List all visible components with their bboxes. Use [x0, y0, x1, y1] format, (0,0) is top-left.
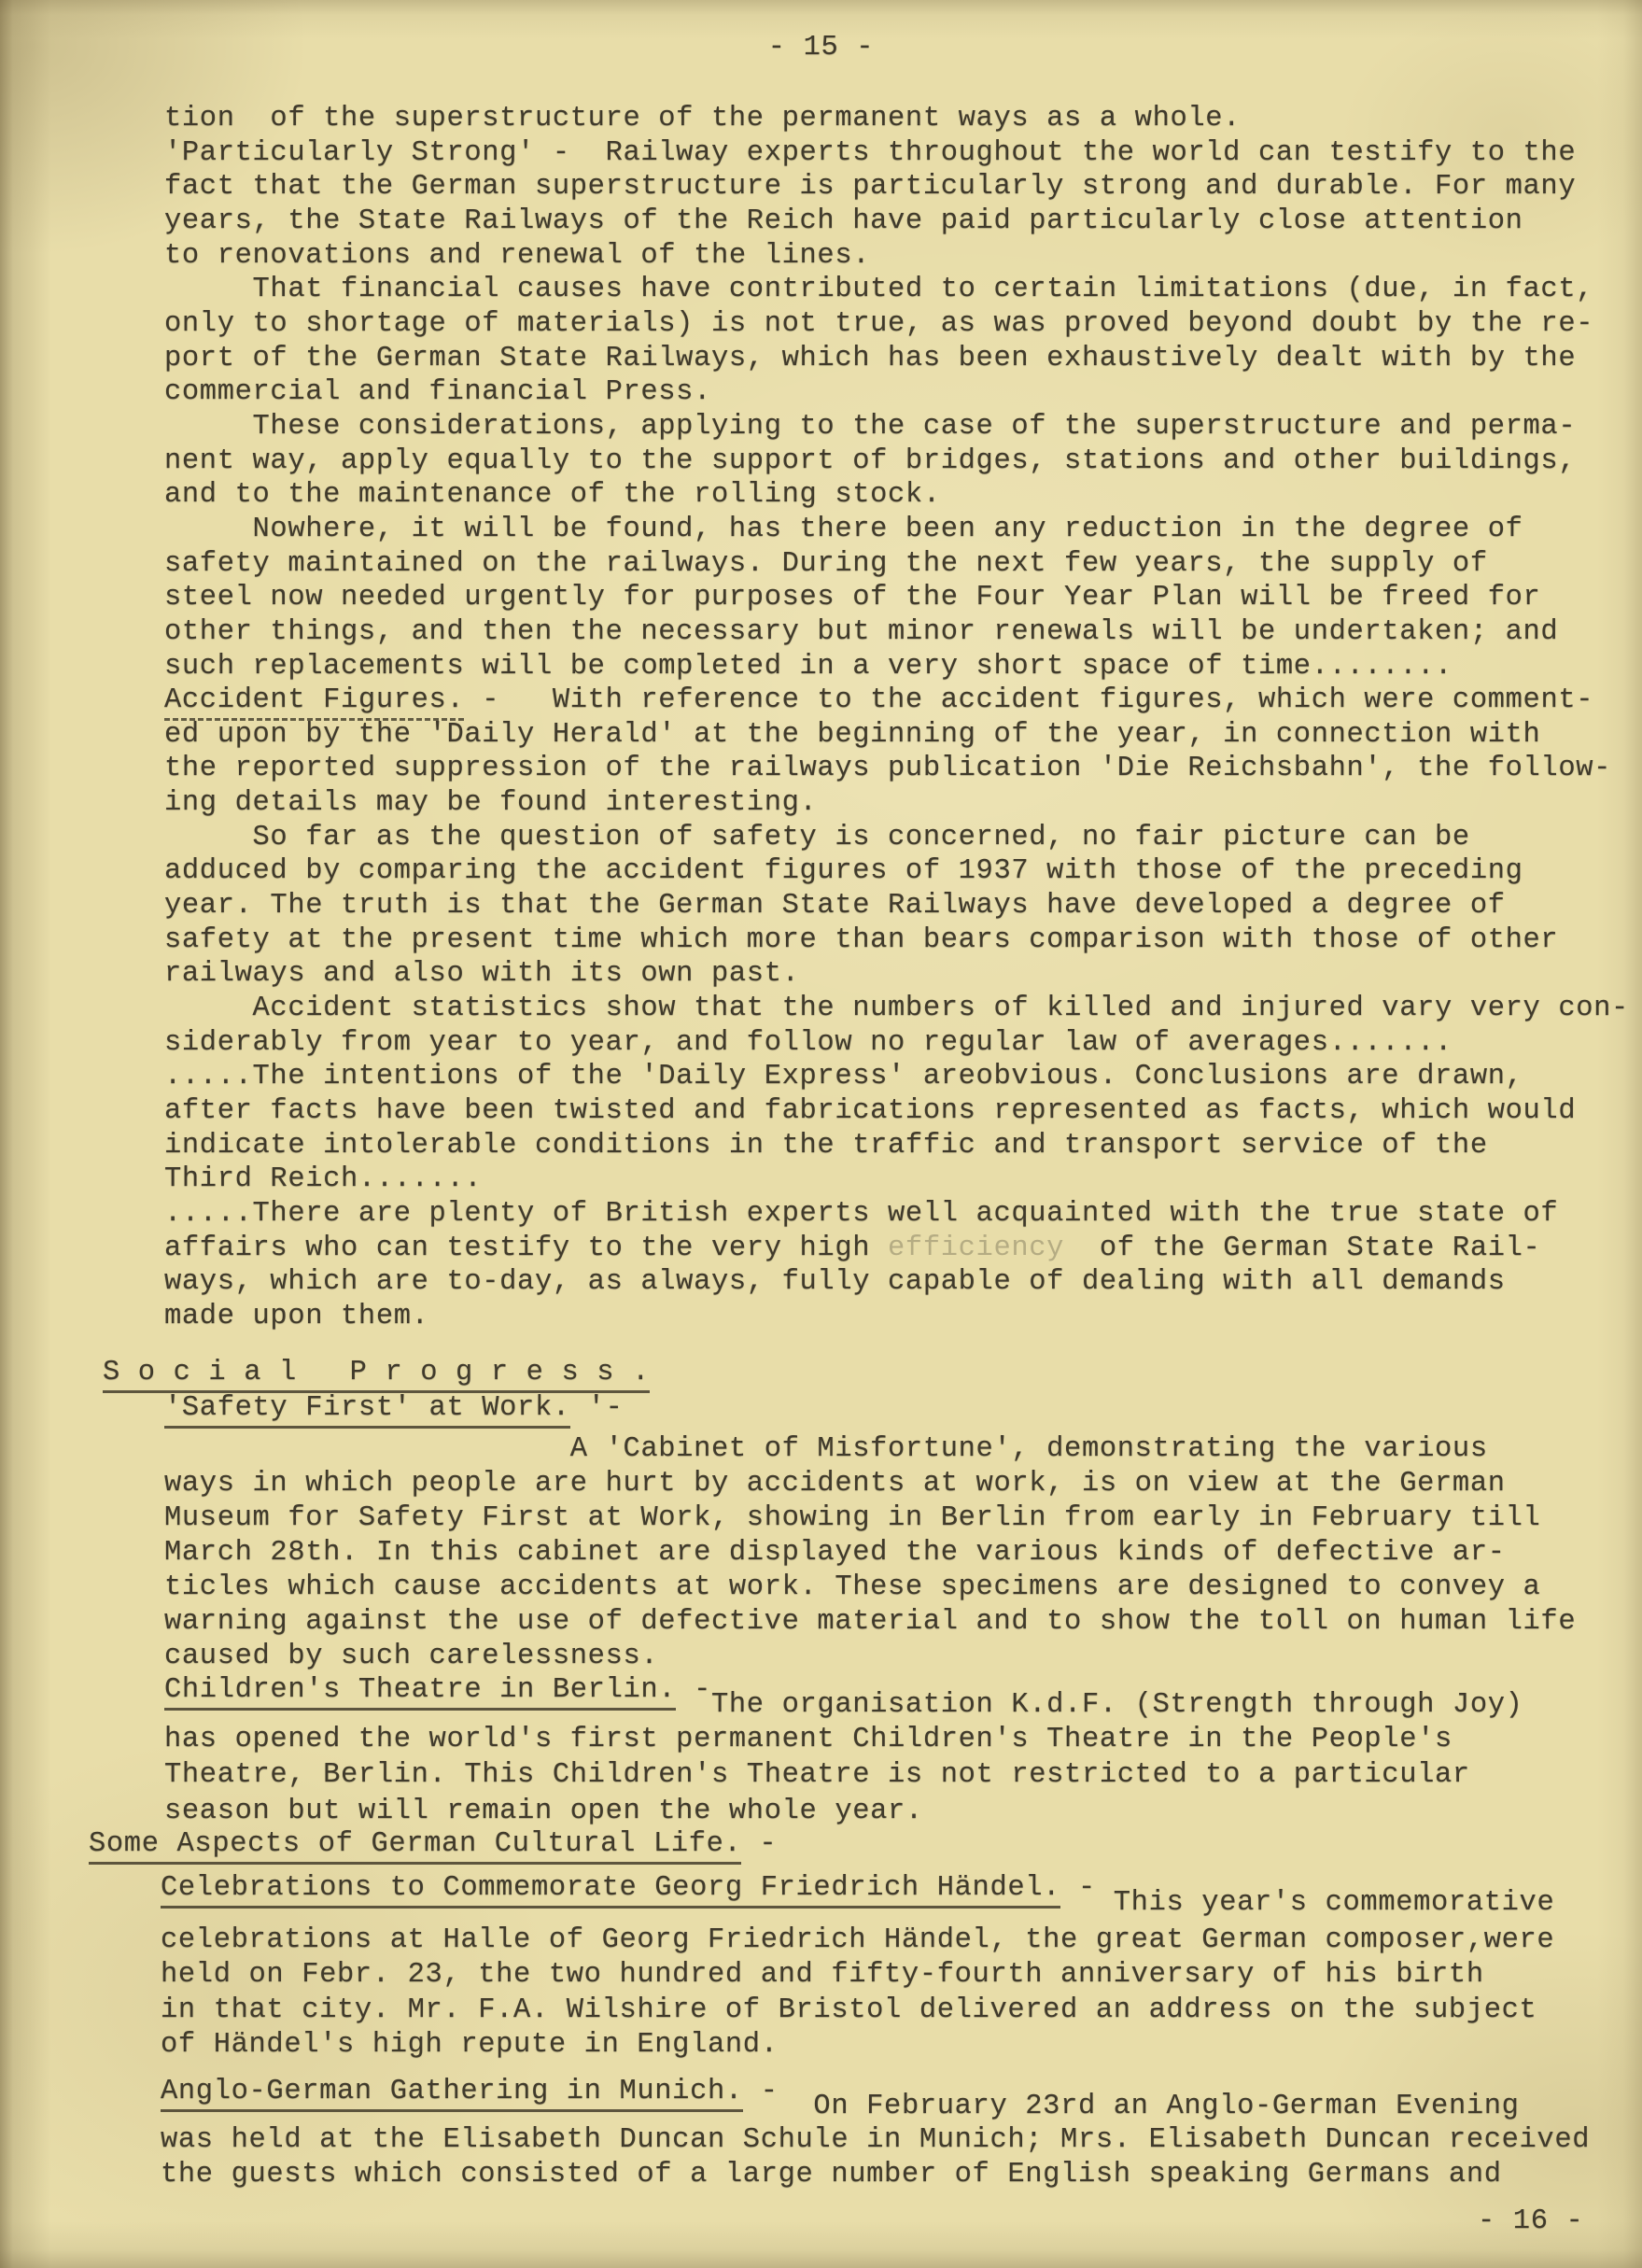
childrens-theatre-heading: Children's Theatre in Berlin. -The organ…: [164, 1671, 1523, 1709]
text-line: celebrations at Halle of Georg Friedrich…: [161, 1923, 1554, 1958]
text-line: caused by such carelessness.: [164, 1640, 1576, 1674]
underlined-heading-text: 'Safety First' at Work.: [164, 1392, 570, 1429]
safety-first-paragraph: A 'Cabinet of Misfortune', demonstrating…: [164, 1432, 1576, 1674]
text-segment: of the German State Rail-: [1064, 1233, 1540, 1264]
text-line: .....There are plenty of British experts…: [164, 1197, 1629, 1232]
text-segment: - With reference to the accident figures…: [464, 684, 1593, 716]
text-line: Museum for Safety First at Work, showing…: [164, 1501, 1576, 1536]
text-line: Children's Theatre in Berlin. -The organ…: [164, 1671, 1523, 1709]
text-line: S o c i a l P r o g r e s s .: [103, 1354, 650, 1391]
text-line: adduced by comparing the accident figure…: [164, 854, 1629, 889]
text-line: ticles which cause accidents at work. Th…: [164, 1571, 1576, 1605]
text-line: These considerations, applying to the ca…: [164, 410, 1629, 444]
text-line: only to shortage of materials) is not tr…: [164, 307, 1629, 342]
text-line: tion of the superstructure of the perman…: [164, 102, 1629, 136]
underlined-heading-text: Children's Theatre in Berlin.: [164, 1674, 676, 1711]
text-line: nent way, apply equally to the support o…: [164, 444, 1629, 479]
page-number-top: - 15 -: [0, 32, 1642, 63]
text-line: Accident Figures. - With reference to th…: [164, 683, 1629, 718]
text-line: such replacements will be completed in a…: [164, 650, 1629, 684]
text-line: ed upon by the 'Daily Herald' at the beg…: [164, 718, 1629, 753]
text-line: indicate intolerable conditions in the t…: [164, 1129, 1629, 1163]
text-line: Accident statistics show that the number…: [164, 992, 1629, 1026]
text-line: March 28th. In this cabinet are displaye…: [164, 1536, 1576, 1571]
text-line: ways, which are to-day, as always, fully…: [164, 1265, 1629, 1300]
text-segment: -: [676, 1674, 711, 1706]
underlined-heading-text: Some Aspects of German Cultural Life.: [89, 1828, 741, 1865]
childrens-theatre-paragraph: has opened the world's first permanent C…: [164, 1722, 1470, 1829]
text-line: of Händel's high repute in England.: [161, 2028, 1554, 2063]
text-segment: -: [743, 2076, 779, 2107]
text-line: Theatre, Berlin. This Children's Theatre…: [164, 1757, 1470, 1793]
text-line: Celebrations to Commemorate Georg Friedr…: [161, 1869, 1554, 1907]
text-line: ways in which people are hurt by acciden…: [164, 1467, 1576, 1501]
text-line: ing details may be found interesting.: [164, 786, 1629, 821]
offset-continuation-text: On February 23rd an Anglo-German Evening: [779, 2091, 1520, 2122]
text-line: A 'Cabinet of Misfortune', demonstrating…: [164, 1432, 1576, 1467]
text-segment: '-: [570, 1392, 624, 1424]
handel-heading: Celebrations to Commemorate Georg Friedr…: [161, 1869, 1554, 1907]
faded-word: efficiency: [888, 1233, 1064, 1264]
text-line: other things, and then the necessary but…: [164, 615, 1629, 650]
text-line: years, the State Railways of the Reich h…: [164, 204, 1629, 239]
social-progress-heading: S o c i a l P r o g r e s s .: [103, 1354, 650, 1391]
text-line: safety maintained on the railways. Durin…: [164, 547, 1629, 582]
text-line: in that city. Mr. F.A. Wilshire of Brist…: [161, 1993, 1554, 2028]
text-line: has opened the world's first permanent C…: [164, 1722, 1470, 1757]
text-line: made upon them.: [164, 1300, 1629, 1334]
scanned-typewritten-page: - 15 - tion of the superstructure of the…: [0, 0, 1642, 2268]
text-line: Anglo-German Gathering in Munich. - On F…: [161, 2073, 1520, 2110]
text-line: Nowhere, it will be found, has there bee…: [164, 513, 1629, 547]
text-line: affairs who can testify to the very high…: [164, 1232, 1629, 1266]
text-segment: -: [1060, 1872, 1096, 1904]
text-line: fact that the German superstructure is p…: [164, 170, 1629, 204]
text-line: steel now needed urgently for purposes o…: [164, 581, 1629, 615]
underlined-heading-text: S o c i a l P r o g r e s s .: [103, 1357, 650, 1393]
text-line: port of the German State Railways, which…: [164, 342, 1629, 376]
dash-underlined-heading-text: Accident Figures.: [164, 684, 464, 721]
text-line: the guests which consisted of a large nu…: [161, 2158, 1590, 2192]
handel-paragraph: celebrations at Halle of Georg Friedrich…: [161, 1923, 1554, 2064]
text-line: That financial causes have contributed t…: [164, 273, 1629, 307]
text-line: railways and also with its own past.: [164, 957, 1629, 992]
text-line: to renovations and renewal of the lines.: [164, 239, 1629, 274]
text-line: So far as the question of safety is conc…: [164, 821, 1629, 855]
text-line: 'Safety First' at Work. '-: [164, 1389, 624, 1427]
text-line: safety at the present time which more th…: [164, 923, 1629, 958]
text-line: the reported suppression of the railways…: [164, 752, 1629, 786]
text-line: warning against the use of defective mat…: [164, 1605, 1576, 1640]
offset-continuation-text: The organisation K.d.F. (Strength throug…: [711, 1689, 1523, 1721]
text-line: year. The truth is that the German State…: [164, 889, 1629, 923]
underlined-heading-text: Anglo-German Gathering in Munich.: [161, 2076, 743, 2112]
railways-section-text: tion of the superstructure of the perman…: [164, 102, 1629, 1334]
text-line: held on Febr. 23, the two hundred and fi…: [161, 1958, 1554, 1993]
text-line: Third Reich.......: [164, 1162, 1629, 1197]
text-line: and to the maintenance of the rolling st…: [164, 478, 1629, 513]
cultural-life-heading: Some Aspects of German Cultural Life. -: [89, 1825, 777, 1863]
text-line: after facts have been twisted and fabric…: [164, 1094, 1629, 1129]
text-line: was held at the Elisabeth Duncan Schule …: [161, 2123, 1590, 2158]
page-number-bottom: - 16 -: [1478, 2205, 1583, 2237]
anglo-german-heading: Anglo-German Gathering in Munich. - On F…: [161, 2073, 1520, 2110]
text-segment: -: [741, 1828, 777, 1860]
text-line: commercial and financial Press.: [164, 375, 1629, 410]
text-line: siderably from year to year, and follow …: [164, 1026, 1629, 1061]
text-line: Some Aspects of German Cultural Life. -: [89, 1825, 777, 1863]
underlined-heading-text: Celebrations to Commemorate Georg Friedr…: [161, 1872, 1060, 1909]
safety-first-heading: 'Safety First' at Work. '-: [164, 1389, 624, 1427]
text-line: .....The intentions of the 'Daily Expres…: [164, 1060, 1629, 1094]
anglo-german-paragraph: was held at the Elisabeth Duncan Schule …: [161, 2123, 1590, 2191]
text-segment: affairs who can testify to the very high: [164, 1233, 888, 1264]
text-line: 'Particularly Strong' - Railway experts …: [164, 136, 1629, 171]
text-line: season but will remain open the whole ye…: [164, 1794, 1470, 1829]
offset-continuation-text: This year's commemorative: [1096, 1887, 1554, 1919]
